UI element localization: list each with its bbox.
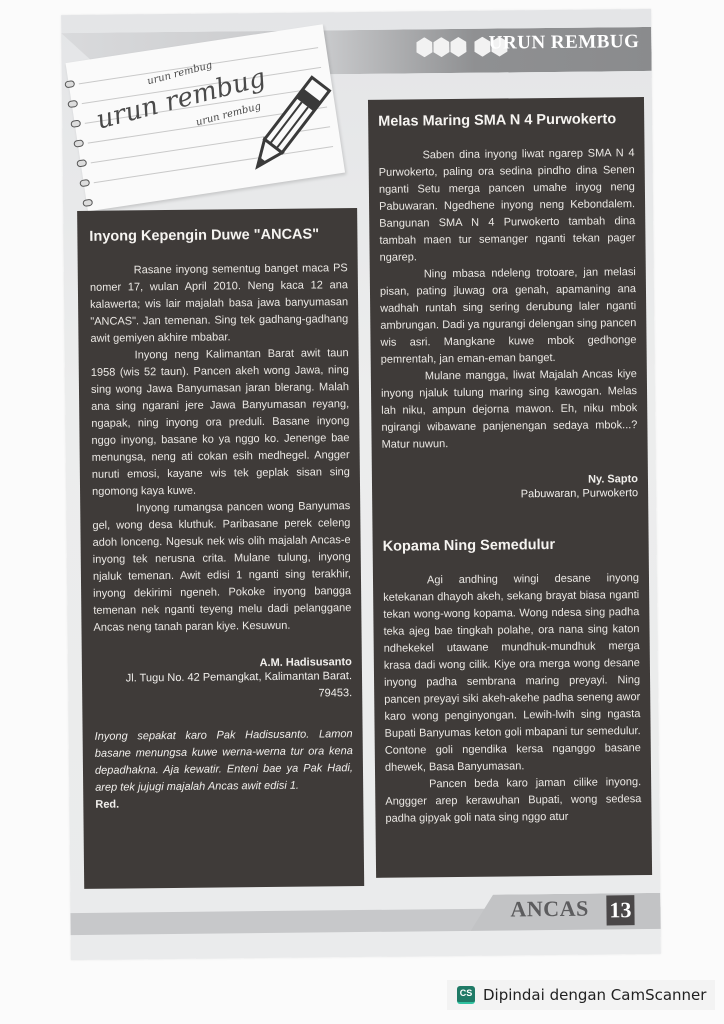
letter-article-left: Inyong Kepengin Duwe "ANCAS" Rasane inyo… xyxy=(77,208,364,889)
article-paragraph: Agi andhing wingi desane inyong ketekana… xyxy=(383,570,641,777)
page-number: 13 xyxy=(606,895,634,925)
article-title: Melas Maring SMA N 4 Purwokerto xyxy=(378,111,634,130)
article-paragraph: Saben dina inyong liwat ngarep SMA N 4 P… xyxy=(378,145,635,267)
article-paragraph: Rasane inyong sementug banget maca PS no… xyxy=(90,260,349,348)
article-paragraph: Mulane mangga, liwat Majalah Ancas kiye … xyxy=(381,366,638,454)
article-title: Kopama Ning Semedulur xyxy=(383,536,639,555)
section-tag: URUN REMBUG xyxy=(489,31,640,55)
magazine-page: URUN REMBUG urun rembug urun rembug urun… xyxy=(61,9,661,960)
article-paragraph: Pancen beda karo jaman cilike inyong. An… xyxy=(385,774,642,828)
editor-sign: Red. xyxy=(95,794,353,814)
editor-reply-text: Inyong sepakat karo Pak Hadisusanto. Lam… xyxy=(95,728,353,794)
article-paragraph: Ning mbasa ndeleng trotoare, jan melasi … xyxy=(380,264,637,369)
letter-article-right: Melas Maring SMA N 4 Purwokerto Saben di… xyxy=(368,97,652,878)
camscanner-icon: CS xyxy=(457,986,475,1004)
editor-reply: Inyong sepakat karo Pak Hadisusanto. Lam… xyxy=(95,726,354,814)
article-paragraph: Inyong rumangsa pancen wong Banyumas gel… xyxy=(92,498,351,637)
watermark-text: Dipindai dengan CamScanner xyxy=(483,986,706,1004)
magazine-logo: ANCAS xyxy=(510,896,589,923)
signature-address: Jl. Tugu No. 42 Pemangkat, Kalimantan Ba… xyxy=(94,668,352,705)
pencil-icon xyxy=(242,72,333,183)
signature-address: Pabuwaran, Purwokerto xyxy=(382,485,638,505)
article-paragraph: Inyong neng Kalimantan Barat awit taun 1… xyxy=(91,345,351,501)
camscanner-watermark: CS Dipindai dengan CamScanner xyxy=(447,980,715,1010)
article-title: Inyong Kepengin Duwe "ANCAS" xyxy=(89,226,347,245)
